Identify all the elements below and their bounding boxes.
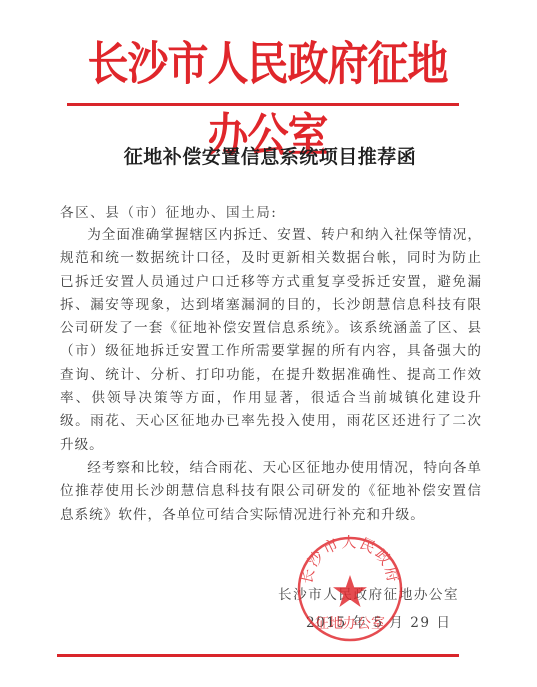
document-body: 为全面准确掌握辖区内拆迁、安置、转户和纳入社保等情况，规范和统一数据统计口径，及… [60, 224, 482, 527]
letterhead-red-rule [67, 103, 459, 106]
star-icon [333, 575, 367, 607]
official-seal-stamp: 长沙市人民政府 征地办公室 [296, 535, 404, 643]
body-paragraph: 经考察和比较，结合雨花、天心区征地办使用情况，特向各单位推荐使用长沙朗慧信息科技… [60, 457, 482, 527]
footer-red-rule [57, 654, 459, 657]
document-page: 长沙市人民政府征地办公室 征地补偿安置信息系统项目推荐函 各区、县（市）征地办、… [0, 0, 537, 687]
body-paragraph: 为全面准确掌握辖区内拆迁、安置、转户和纳入社保等情况，规范和统一数据统计口径，及… [60, 224, 482, 457]
stamp-bottom-text: 征地办公室 [315, 615, 385, 632]
document-title: 征地补偿安置信息系统项目推荐函 [60, 142, 480, 169]
salutation: 各区、县（市）征地办、国土局: [60, 201, 277, 221]
